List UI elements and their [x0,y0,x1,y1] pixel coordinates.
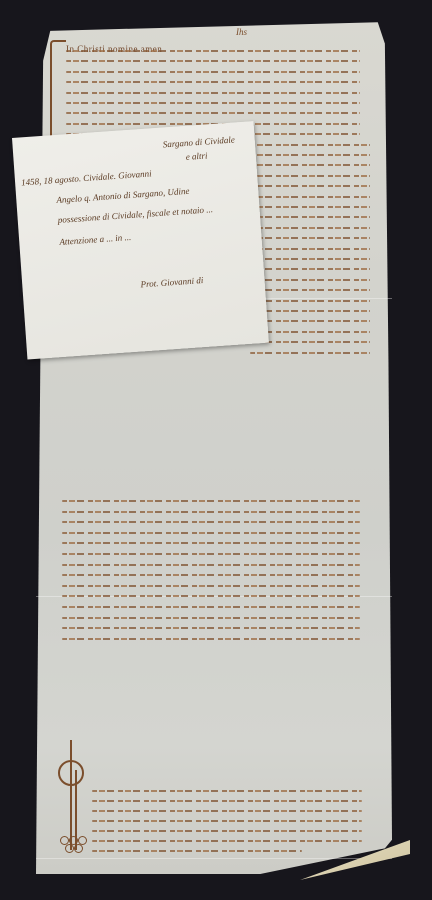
script-line [62,574,360,576]
note-line: possessione di Cividale, fiscale et nota… [57,204,213,225]
script-line [250,248,370,250]
script-line [62,521,360,523]
script-line [250,227,370,229]
script-line [250,237,370,239]
archival-note: Sargano di Cividale e altri 1458, 18 ago… [12,121,269,359]
note-line: Attenzione a ... in ... [59,232,132,247]
script-line [62,638,360,640]
script-line [62,553,360,555]
script-line [92,830,362,832]
script-line [62,606,360,608]
script-line [62,627,360,629]
script-line [92,810,362,812]
script-line [250,154,370,156]
script-line [66,50,360,52]
note-line: e altri [185,150,207,161]
script-line [250,144,370,146]
script-line [250,196,370,198]
note-line: Angelo q. Antonio di Sargano, Udine [56,186,190,205]
script-line [62,585,360,587]
notarial-signum [60,740,86,850]
script-line [250,310,370,312]
script-line [62,617,360,619]
fold-line [36,858,392,859]
script-line [62,532,360,534]
incipit-text: In Christi nomine amen [66,44,162,54]
script-line [250,279,370,281]
script-line [250,300,370,302]
script-line [250,185,370,187]
script-line [66,102,360,104]
note-line: Sargano di Cividale [162,134,235,149]
script-line [66,71,360,73]
script-line [250,258,370,260]
script-line [62,564,360,566]
script-line [66,81,360,83]
script-line [250,289,370,291]
script-line [92,820,362,822]
script-line [92,790,362,792]
heading-ihs: Ihs [236,27,247,37]
script-line [250,206,370,208]
note-signature: Prot. Giovanni di [140,275,203,289]
script-line [92,850,302,852]
script-line [66,92,360,94]
script-line [62,511,360,513]
note-line: 1458, 18 agosto. Cividale. Giovanni [21,168,152,187]
script-line [92,840,362,842]
decorated-initial [50,40,66,142]
script-line [250,352,370,354]
script-line [62,500,360,502]
script-line [250,175,370,177]
script-line [92,800,362,802]
